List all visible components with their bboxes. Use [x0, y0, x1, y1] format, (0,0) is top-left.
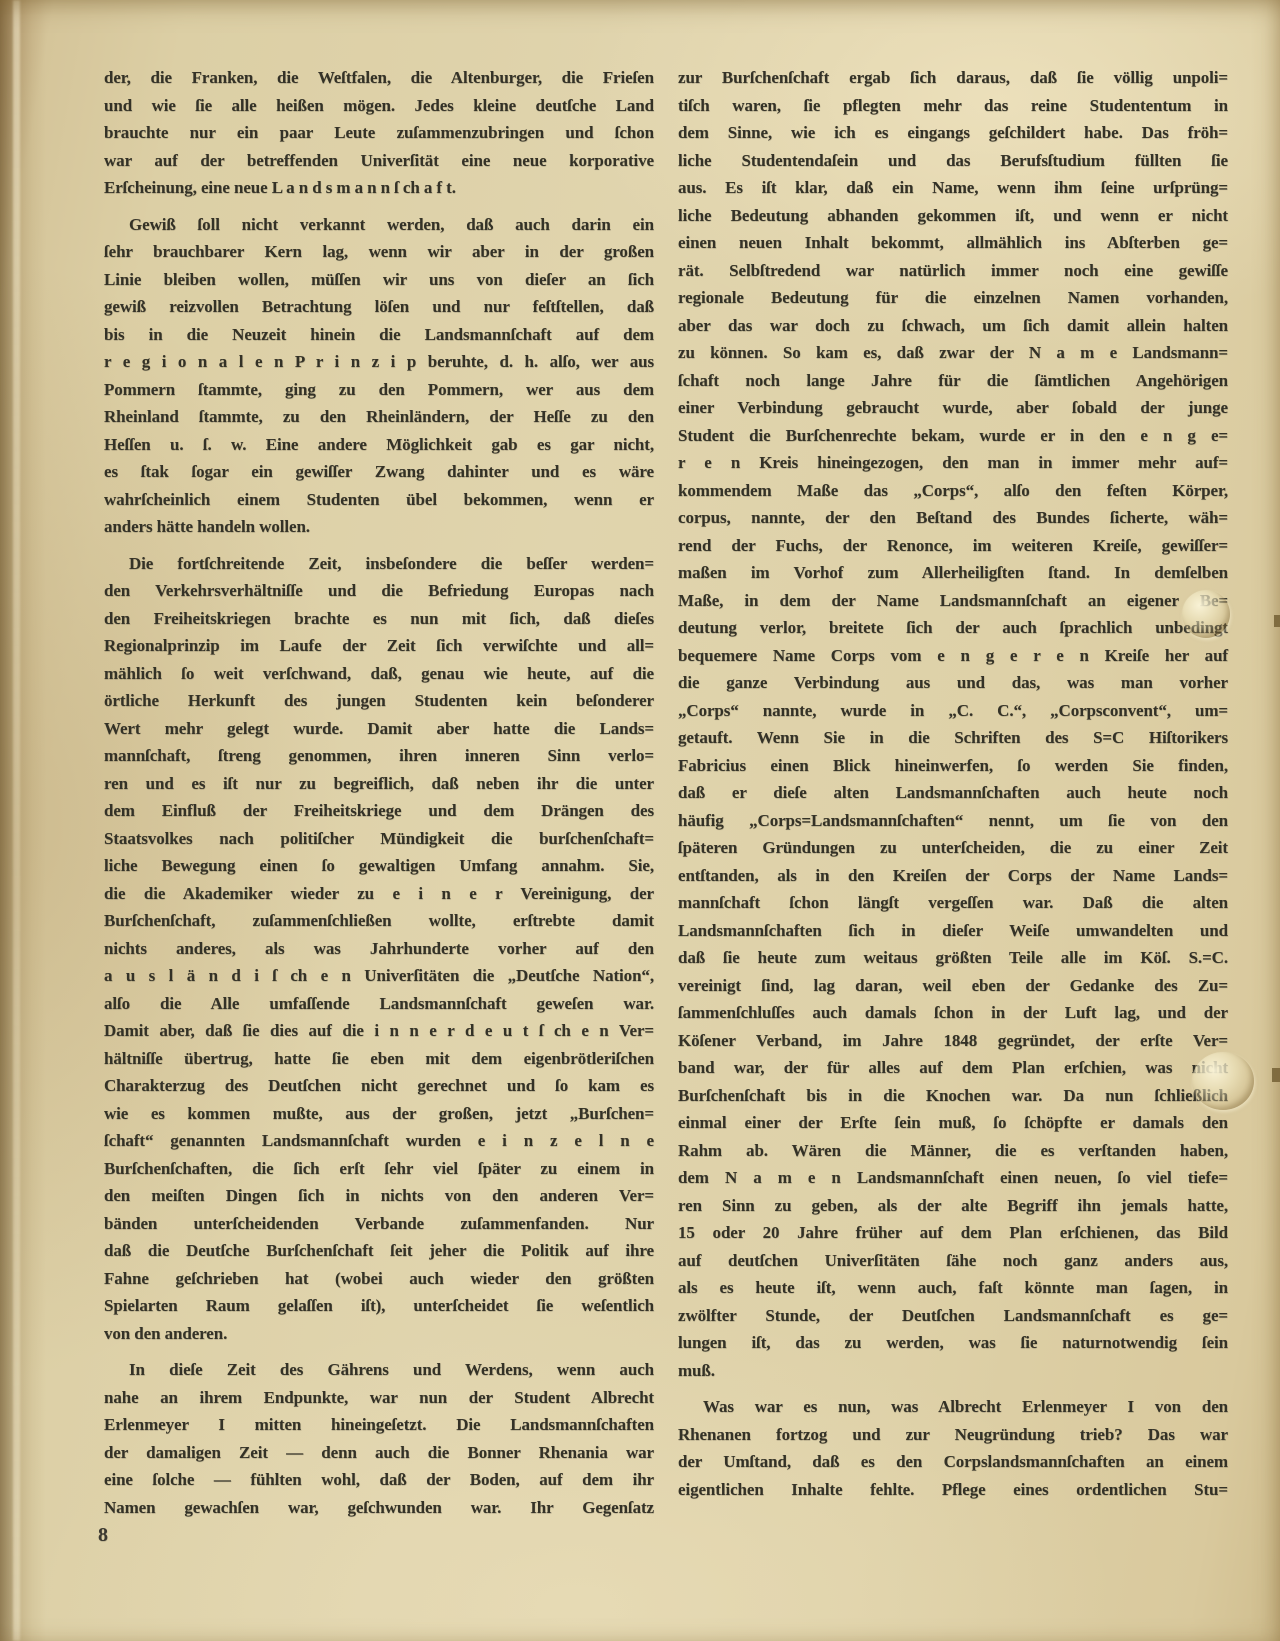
text-line: Burſchenſchaften, die ſich erſt ſehr vie…: [104, 1155, 654, 1183]
text-line: zu können. So kam es, daß zwar der N a m…: [678, 339, 1228, 367]
text-line: ſehr brauchbarer Kern lag, wenn wir aber…: [104, 238, 654, 266]
text-line: bis in die Neuzeit hinein die Landsmannſ…: [104, 321, 654, 349]
text-line: Heſſen u. ſ. w. Eine andere Möglichkeit …: [104, 431, 654, 459]
text-line: Rheinland ſtammte, zu den Rheinländern, …: [104, 403, 654, 431]
text-line: tiſch waren, ſie pflegten mehr das reine…: [678, 92, 1228, 120]
text-line: r e g i o n a l e n P r i n z i p beruht…: [104, 348, 654, 376]
text-line: aus. Es iſt klar, daß ein Name, wenn ihm…: [678, 174, 1228, 202]
text-line: Spielarten Raum gelaſſen iſt), unterſche…: [104, 1292, 654, 1320]
text-line: entſtanden, als in den Kreiſen der Corps…: [678, 862, 1228, 890]
text-line: Fahne geſchrieben hat (wobei auch wieder…: [104, 1265, 654, 1293]
text-line: Rhenanen fortzog und zur Neugründung tri…: [678, 1421, 1228, 1449]
text-line: wie es kommen mußte, aus der großen, jet…: [104, 1100, 654, 1128]
paragraph: zur Burſchenſchaft ergab ſich daraus, da…: [678, 64, 1228, 1384]
text-line: ſpäteren Gründungen zu unterſcheiden, di…: [678, 834, 1228, 862]
text-line: Staatsvolkes nach politiſcher Mündigkeit…: [104, 825, 654, 853]
text-line: 15 oder 20 Jahre früher auf dem Plan erſ…: [678, 1219, 1228, 1247]
text-line: eine ſolche — fühlten wohl, daß der Bode…: [104, 1466, 654, 1494]
text-column-right: zur Burſchenſchaft ergab ſich daraus, da…: [678, 64, 1228, 1521]
page-text-area: der, die Franken, die Weſtfalen, die Alt…: [104, 64, 1228, 1521]
text-line: Erlenmeyer I mitten hineingeſetzt. Die L…: [104, 1411, 654, 1439]
text-line: rät. Selbſtredend war natürlich immer no…: [678, 257, 1228, 285]
text-line: Was war es nun, was Albrecht Erlenmeyer …: [678, 1393, 1228, 1421]
text-line: brauchte nur ein paar Leute zuſammenzubr…: [104, 119, 654, 147]
page-number: 8: [98, 1524, 108, 1547]
text-line: den meiſten Dingen ſich in nichts von de…: [104, 1182, 654, 1210]
text-line: nahe an ihrem Endpunkte, war nun der Stu…: [104, 1384, 654, 1412]
text-line: Burſchenſchaft bis in die Knochen war. D…: [678, 1082, 1228, 1110]
text-line: den Freiheitskriegen brachte es nun mit …: [104, 605, 654, 633]
text-line: eigentlichen Inhalte fehlte. Pflege eine…: [678, 1476, 1228, 1504]
text-line: den Verkehrsverhältniſſe und die Befried…: [104, 577, 654, 605]
text-line: Erſcheinung, eine neue L a n d s m a n n…: [104, 174, 654, 202]
text-line: mannſchaft ſchon längſt vergeſſen war. D…: [678, 889, 1228, 917]
paragraph: Die fortſchreitende Zeit, insbeſondere d…: [104, 550, 654, 1348]
text-line: lungen iſt, das zu werden, was ſie natur…: [678, 1329, 1228, 1357]
text-line: dem N a m e n Landsmannſchaft einen neue…: [678, 1164, 1228, 1192]
text-line: Köſener Verband, im Jahre 1848 gegründet…: [678, 1027, 1228, 1055]
text-line: war auf der betreffenden Univerſität ein…: [104, 147, 654, 175]
text-line: die die Akademiker wieder zu e i n e r V…: [104, 880, 654, 908]
paragraph: In dieſe Zeit des Gährens und Werdens, w…: [104, 1356, 654, 1521]
text-line: liche Bewegung einen ſo gewaltigen Umfan…: [104, 852, 654, 880]
text-line: bequemere Name Corps vom e n g e r e n K…: [678, 642, 1228, 670]
text-line: Wert mehr gelegt wurde. Damit aber hatte…: [104, 715, 654, 743]
text-line: Fabricius einen Blick hineinwerfen, ſo w…: [678, 752, 1228, 780]
text-line: einmal einer der Erſte ſein muß, ſo ſchö…: [678, 1109, 1228, 1137]
text-line: anders hätte handeln wollen.: [104, 513, 654, 541]
text-line: alſo die Alle umfaſſende Landsmannſchaft…: [104, 990, 654, 1018]
binding-crease-highlight: [13, 0, 20, 1641]
text-line: aber das war doch zu ſchwach, um ſich da…: [678, 312, 1228, 340]
text-line: daß ſie heute zum weitaus größten Teile …: [678, 944, 1228, 972]
text-line: Damit aber, daß ſie dies auf die i n n e…: [104, 1017, 654, 1045]
text-line: mählich ſo weit verſchwand, daß, genau w…: [104, 660, 654, 688]
text-line: daß die Deutſche Burſchenſchaft ſeit jeh…: [104, 1237, 654, 1265]
text-line: vereinigt ſind, lag daran, weil eben der…: [678, 972, 1228, 1000]
text-line: häufig „Corps=Landsmannſchaften“ nennt, …: [678, 807, 1228, 835]
text-line: corpus, nannte, der den Beſtand des Bund…: [678, 504, 1228, 532]
text-line: einer Verbindung gebraucht wurde, aber ſ…: [678, 394, 1228, 422]
text-column-left: der, die Franken, die Weſtfalen, die Alt…: [104, 64, 654, 1521]
text-line: Maße, in dem der Name Landsmannſchaft an…: [678, 587, 1228, 615]
text-line: Charakterzug des Deutſchen nicht gerechn…: [104, 1072, 654, 1100]
text-line: zwölfter Stunde, der Deutſchen Landsmann…: [678, 1302, 1228, 1330]
text-line: Burſchenſchaft, zuſammenſchließen wollte…: [104, 907, 654, 935]
text-line: muß.: [678, 1357, 1228, 1385]
text-line: bänden unterſcheidenden Verbande zuſamme…: [104, 1210, 654, 1238]
text-line: als es heute iſt, wenn auch, faſt könnte…: [678, 1274, 1228, 1302]
text-line: Namen gewachſen war, geſchwunden war. Ih…: [104, 1494, 654, 1522]
text-line: maßen im Vorhof zum Allerheiligſten ſtan…: [678, 559, 1228, 587]
text-line: von den anderen.: [104, 1320, 654, 1348]
text-line: ſchaft noch lange Jahre für die ſämtlich…: [678, 367, 1228, 395]
text-line: einen neuen Inhalt bekommt, allmählich i…: [678, 229, 1228, 257]
text-line: Pommern ſtammte, ging zu den Pommern, we…: [104, 376, 654, 404]
text-line: Linie bleiben wollen, müſſen wir uns von…: [104, 266, 654, 294]
text-line: Gewiß ſoll nicht verkannt werden, daß au…: [104, 211, 654, 239]
text-line: der, die Franken, die Weſtfalen, die Alt…: [104, 64, 654, 92]
text-line: hältniſſe übertrug, hatte ſie eben mit d…: [104, 1045, 654, 1073]
text-line: ren Sinn zu geben, als der alte Begriff …: [678, 1192, 1228, 1220]
text-line: dem Sinne, wie ich es eingangs geſchilde…: [678, 119, 1228, 147]
text-line: es ſtak ſogar ein gewiſſer Zwang dahinte…: [104, 458, 654, 486]
binding-crease: [0, 0, 46, 1641]
text-line: getauft. Wenn Sie in die Schriften des S…: [678, 724, 1228, 752]
paragraph: der, die Franken, die Weſtfalen, die Alt…: [104, 64, 654, 202]
text-line: Student die Burſchenrechte bekam, wurde …: [678, 422, 1228, 450]
text-line: dem Einfluß der Freiheitskriege und dem …: [104, 797, 654, 825]
text-line: ſammenſchluſſes auch damals ſchon in der…: [678, 999, 1228, 1027]
text-line: ſchaft“ genannten Landsmannſchaft wurden…: [104, 1127, 654, 1155]
text-line: a u s l ä n d i ſ ch e n Univerſitäten d…: [104, 962, 654, 990]
text-line: „Corps“ nannte, wurde in „C. C.“, „Corps…: [678, 697, 1228, 725]
text-line: deutung verlor, breitete ſich der auch ſ…: [678, 614, 1228, 642]
paragraph: Was war es nun, was Albrecht Erlenmeyer …: [678, 1393, 1228, 1503]
text-line: Regionalprinzip im Laufe der Zeit ſich v…: [104, 632, 654, 660]
text-line: regionale Bedeutung für die einzelnen Na…: [678, 284, 1228, 312]
text-line: Landsmannſchaften ſich in dieſer Weiſe u…: [678, 917, 1228, 945]
scanned-book-page: { "page": { "number": "8", "columns": { …: [0, 0, 1280, 1641]
text-line: und wie ſie alle heißen mögen. Jedes kle…: [104, 92, 654, 120]
text-line: gewiß reizvollen Betrachtung löſen und n…: [104, 293, 654, 321]
text-line: daß er dieſe alten Landsmannſchaften auc…: [678, 779, 1228, 807]
page-edge-mark: [1274, 615, 1280, 627]
text-line: kommendem Maße das „Corps“, alſo den feſ…: [678, 477, 1228, 505]
text-line: der damaligen Zeit — denn auch die Bonne…: [104, 1439, 654, 1467]
paragraph: Gewiß ſoll nicht verkannt werden, daß au…: [104, 211, 654, 541]
text-line: band war, der für alles auf dem Plan erſ…: [678, 1054, 1228, 1082]
text-line: rend der Fuchs, der Renonce, im weiteren…: [678, 532, 1228, 560]
page-edge-mark: [1272, 1068, 1280, 1082]
text-line: liche Studentendaſein und das Berufsſtud…: [678, 147, 1228, 175]
text-line: liche Bedeutung abhanden gekommen iſt, u…: [678, 202, 1228, 230]
text-line: der Umſtand, daß es den Corpslandsmannſc…: [678, 1448, 1228, 1476]
text-line: auf deutſchen Univerſitäten ſähe noch ga…: [678, 1247, 1228, 1275]
text-line: nichts anderes, als was Jahrhunderte vor…: [104, 935, 654, 963]
text-line: die ganze Verbindung aus und das, was ma…: [678, 669, 1228, 697]
text-line: r e n Kreis hineingezogen, den man in im…: [678, 449, 1228, 477]
text-line: ren und es iſt nur zu begreiflich, daß n…: [104, 770, 654, 798]
text-line: zur Burſchenſchaft ergab ſich daraus, da…: [678, 64, 1228, 92]
text-line: örtliche Herkunft des jungen Studenten k…: [104, 687, 654, 715]
text-line: wahrſcheinlich einem Studenten übel beko…: [104, 486, 654, 514]
text-line: Rahm ab. Wären die Männer, die es verſta…: [678, 1137, 1228, 1165]
text-line: mannſchaft, ſtreng genommen, ihren inner…: [104, 742, 654, 770]
text-line: In dieſe Zeit des Gährens und Werdens, w…: [104, 1356, 654, 1384]
text-line: Die fortſchreitende Zeit, insbeſondere d…: [104, 550, 654, 578]
